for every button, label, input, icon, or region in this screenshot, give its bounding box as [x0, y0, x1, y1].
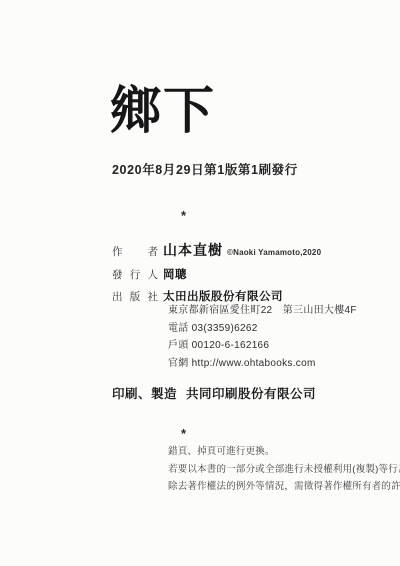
colophon-page: 鄉下 2020年8月29日第1版第1刷發行 * 作者 山本直樹 ©Naoki Y…	[0, 0, 400, 566]
credit-row-publisher-person: 發行人 岡聰	[112, 266, 321, 282]
printing-line: 印刷、製造 共同印刷股份有限公司	[112, 384, 316, 402]
publisher-address: 東京都新宿區愛住町22 第三山田大樓4F	[168, 302, 357, 320]
publisher-info-block: 東京都新宿區愛住町22 第三山田大樓4F 電話 03(3359)6262 戶頭 …	[168, 302, 357, 372]
note-line: 若要以本書的一部分或全部進行未授權利用(複製)等行為	[168, 461, 400, 479]
author-name: 山本直樹	[163, 240, 223, 260]
legal-notes-block: 錯頁、掉頁可進行更換。 若要以本書的一部分或全部進行未授權利用(複製)等行為 除…	[168, 443, 400, 496]
publisher-website: 官網 http://www.ohtabooks.com	[168, 355, 357, 373]
edition-line: 2020年8月29日第1版第1刷發行	[112, 160, 298, 178]
credits-block: 作者 山本直樹 ©Naoki Yamamoto,2020 發行人 岡聰 出版社 …	[112, 240, 321, 304]
printing-label: 印刷、製造	[112, 387, 177, 401]
divider-star-icon: *	[181, 208, 186, 223]
note-line: 除去著作權法的例外等情況，需徵得著作權所有者的許可。	[168, 478, 400, 496]
credit-row-author: 作者 山本直樹 ©Naoki Yamamoto,2020	[112, 240, 321, 260]
note-line: 錯頁、掉頁可進行更換。	[168, 443, 400, 461]
printing-company: 共同印刷股份有限公司	[186, 387, 316, 401]
copyright-note: ©Naoki Yamamoto,2020	[227, 248, 321, 257]
author-label: 作者	[112, 244, 158, 259]
publisher-person-label: 發行人	[112, 267, 158, 282]
publisher-account: 戶頭 00120-6-162166	[168, 337, 357, 355]
book-title: 鄉下	[110, 84, 216, 138]
publisher-person-name: 岡聰	[163, 266, 187, 282]
publishing-house-label: 出版社	[112, 289, 158, 304]
publisher-phone: 電話 03(3359)6262	[168, 320, 357, 338]
divider-star-icon: *	[181, 426, 186, 441]
